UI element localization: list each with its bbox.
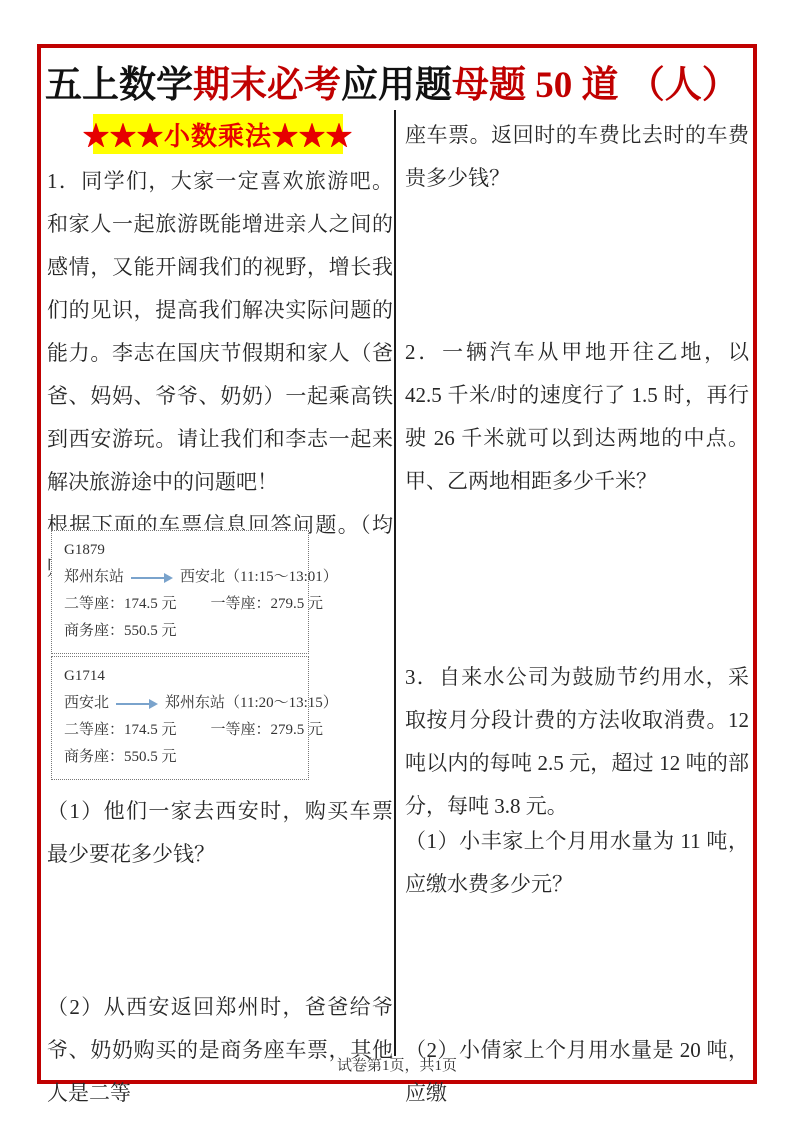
ticket-card-g1714: G1714 西安北 郑州东站（11:20～13:15） 二等座：174.5 元 … (51, 656, 309, 780)
train-number: G1714 (64, 663, 296, 690)
second-class-price: 二等座：174.5 元 (64, 717, 177, 744)
question-1-1: （1）他们一家去西安时，购买车票最少要花多少钱？ (47, 790, 393, 876)
route-row: 郑州东站 西安北（11:15～13:01） (64, 564, 296, 591)
problem-3-text: 3．自来水公司为鼓励节约用水，采取按月分段计费的方法收取消费。12 吨以内的每吨… (405, 656, 749, 828)
train-number: G1879 (64, 537, 296, 564)
route-from: 西安北 (64, 690, 109, 717)
route-to: 郑州东站（11:20～13:15） (165, 690, 338, 717)
first-class-price: 一等座：279.5 元 (211, 591, 324, 618)
right-column: 座车票。返回时的车费比去时的车费贵多少钱？ 2．一辆汽车从甲地开往乙地，以 42… (405, 48, 751, 1080)
route-arrow-icon (116, 698, 158, 710)
second-class-price: 二等座：174.5 元 (64, 591, 177, 618)
problem-2-text: 2．一辆汽车从甲地开往乙地，以 42.5 千米/时的速度行了 1.5 时，再行驶… (405, 331, 749, 503)
section-header-decimal-multiplication: ★★★小数乘法★★★ (93, 114, 343, 154)
red-border-frame: 五上数学期末必考应用题母题 50 道 （人） ★★★小数乘法★★★ 1．同学们，… (37, 44, 757, 1084)
first-class-price: 一等座：279.5 元 (211, 717, 324, 744)
page-footer: 试卷第1页，共1页 (41, 1054, 753, 1075)
route-arrow-icon (131, 572, 173, 584)
seat-prices-row: 二等座：174.5 元 一等座：279.5 元 (64, 591, 296, 618)
question-1-2: （2）从西安返回郑州时，爸爸给爷爷、奶奶购买的是商务座车票，其他人是二等 (47, 986, 393, 1115)
route-row: 西安北 郑州东站（11:20～13:15） (64, 690, 296, 717)
problem-1-text: 1．同学们，大家一定喜欢旅游吧。和家人一起旅游既能增进亲人之间的感情，又能开阔我… (47, 160, 393, 504)
problem-1-block: 1．同学们，大家一定喜欢旅游吧。和家人一起旅游既能增进亲人之间的感情，又能开阔我… (47, 160, 393, 590)
seat-prices-row: 二等座：174.5 元 一等座：279.5 元 (64, 717, 296, 744)
business-class-price: 商务座：550.5 元 (64, 744, 296, 771)
business-class-price: 商务座：550.5 元 (64, 618, 296, 645)
route-from: 郑州东站 (64, 564, 124, 591)
ticket-card-g1879: G1879 郑州东站 西安北（11:15～13:01） 二等座：174.5 元 … (51, 530, 309, 654)
route-to: 西安北（11:15～13:01） (180, 564, 338, 591)
question-3-1: （1）小丰家上个月用水量为 11 吨，应缴水费多少元？ (405, 820, 749, 906)
question-1-2-continued: 座车票。返回时的车费比去时的车费贵多少钱？ (405, 114, 749, 200)
left-column: ★★★小数乘法★★★ 1．同学们，大家一定喜欢旅游吧。和家人一起旅游既能增进亲人… (45, 48, 395, 1080)
